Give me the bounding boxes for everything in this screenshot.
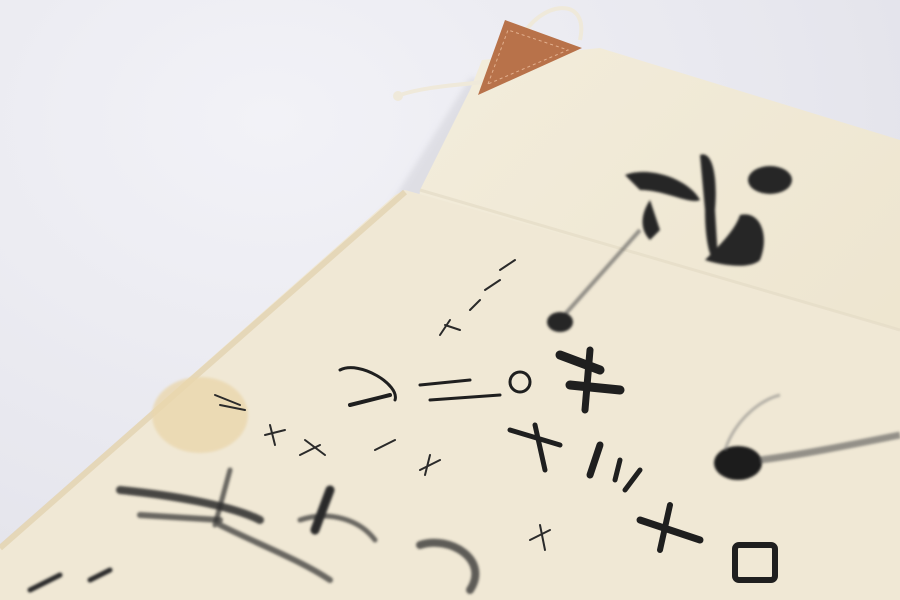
cord-knot [393,91,403,101]
photo-scene: Vintage cloth banner with brush calligra… [0,0,900,600]
cloth-illustration [0,0,900,600]
stain-mark [152,377,248,453]
